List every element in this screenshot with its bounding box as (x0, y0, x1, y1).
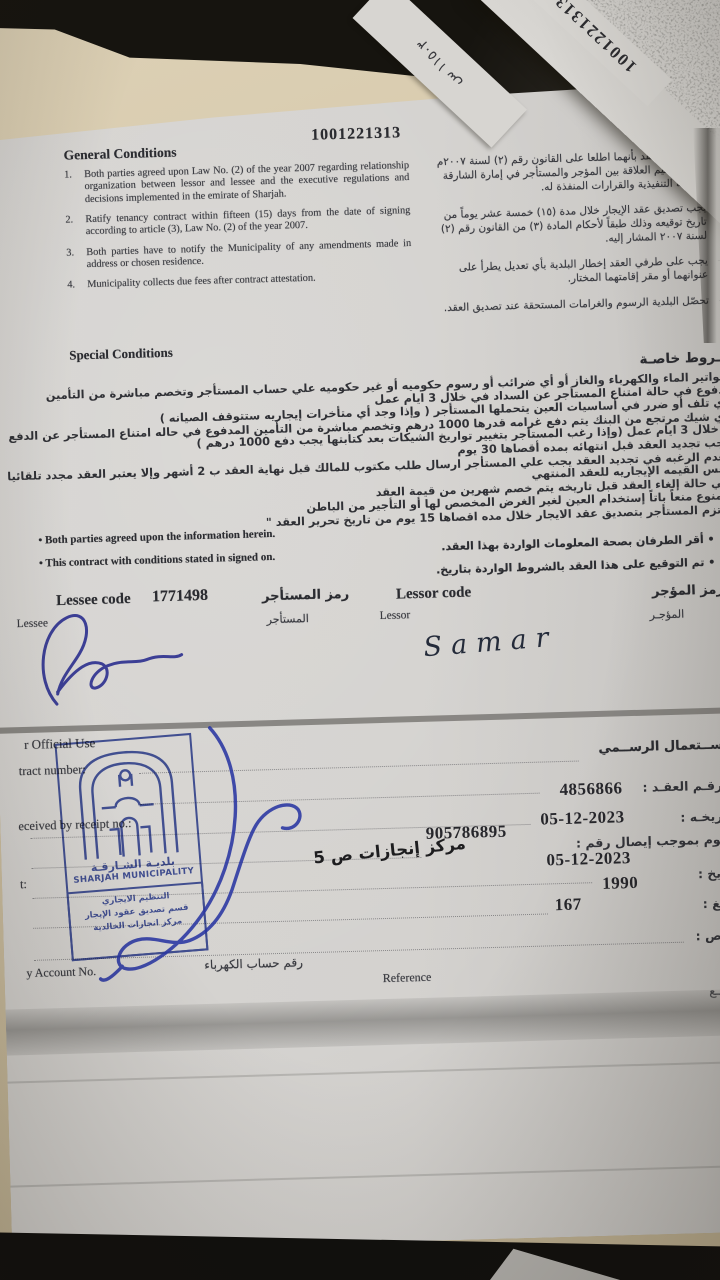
electricity-account-label-en: y Account No. (26, 964, 96, 981)
dated-label-ar: بتاريخ : (698, 865, 720, 881)
paper-crease (10, 1164, 720, 1188)
agreement-line-en: • This contract with conditions stated i… (39, 551, 275, 570)
contract-date-value: 05-12-2023 (540, 807, 625, 829)
official-use-heading-ar: للاســتعمال الرســمي (598, 737, 720, 756)
general-condition-ar: ٢- يجب تصديق عقد الإيجار خلال مدة (١٥) خ… (421, 200, 720, 251)
general-condition-ar: ٣- يجب على طرفي العقد إخطار البلدية بأي … (423, 254, 720, 291)
general-condition-en: 1. Both parties agreed upon Law No. (2) … (64, 160, 410, 207)
general-conditions-heading: General Conditions (63, 145, 176, 164)
special-conditions-heading-ar: شـروط خاصـة (639, 349, 720, 368)
contract-serial-number: 1001221313 (311, 122, 481, 145)
dated-value: 1990 (602, 873, 639, 894)
amount-value: 167 (554, 895, 582, 916)
lessee-label-ar: المستأجر (266, 612, 308, 626)
contract-date-label-ar: تاريخـه : (680, 808, 720, 824)
lessor-label: Lessor (379, 609, 410, 622)
lessor-signature: Samar (422, 622, 558, 664)
receipt-date-value: 05-12-2023 (546, 848, 631, 870)
special-conditions-heading-en: Special Conditions (69, 345, 173, 364)
contract-number-value: 4856866 (559, 778, 623, 800)
lessee-signature (26, 599, 229, 723)
general-condition-en: 3. Both parties have to notify the Munic… (66, 238, 412, 272)
general-condition-ar: ٤- تحصّل البلدية الرسوم والغرامات المستح… (424, 293, 720, 316)
agreement-line-ar: • أقر الطرفان بصحة المعلومات الواردة بهذ… (413, 533, 715, 554)
special-conditions-list: •فواتير الماء والكهرباء والغاز أو أي ضرا… (0, 371, 720, 538)
contract-number-label-ar: رقـم العقـد : (642, 778, 720, 795)
handwritten-number: ١١٥٠٣ س (415, 36, 465, 92)
general-conditions-en: 1. Both parties agreed upon Law No. (2) … (64, 160, 413, 300)
employee-label-ar: الموظف المختص : (695, 925, 720, 943)
lessor-code-label-ar: رمز المؤجر (652, 582, 720, 599)
amount-label-ar: المبـلـغ : (703, 895, 720, 912)
receipt-number-label-ar: استوفيت الرسوم بموجب إيصال رقم : (576, 829, 720, 851)
paper-crease (7, 1060, 720, 1084)
agreement-line-ar: • تم التوقيع على هذا العقد بالشروط الوار… (413, 556, 715, 577)
scan-shadow-band (5, 988, 720, 1056)
general-condition-en: 2. Ratify tenancy contract within fiftee… (65, 205, 411, 239)
amount-label-fragment: t: (20, 877, 27, 892)
photo-tenancy-contract: 1001221313 General Conditions 1. Both pa… (0, 0, 720, 1280)
lessor-label-ar: المؤجـر (650, 608, 685, 622)
tenancy-contract-paper: 1001221313 General Conditions 1. Both pa… (0, 76, 720, 1252)
lessee-code-label-ar: رمز المستأجر (262, 587, 349, 604)
general-condition-en: 4. Municipality collects due fees after … (67, 270, 412, 292)
reference-label-en: Reference (383, 970, 432, 986)
lessor-code-label: Lessor code (396, 584, 472, 603)
electricity-account-label-ar: رقم حساب الكهرباء (204, 955, 303, 972)
official-signature (87, 716, 364, 985)
